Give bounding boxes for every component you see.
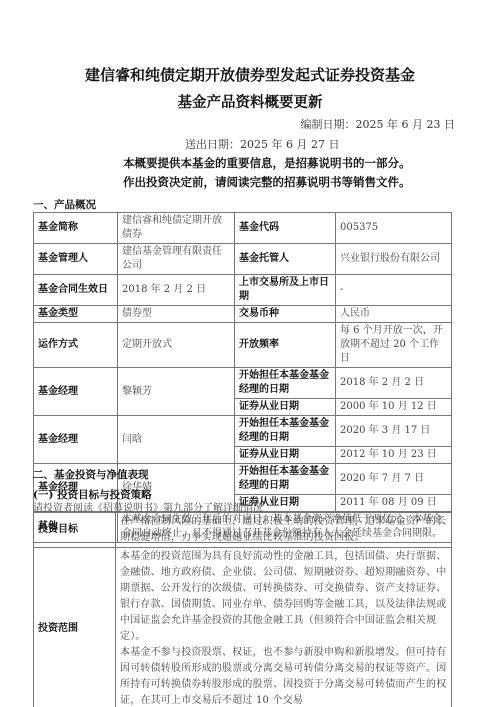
compile-date: 编制日期：2025 年 6 月 23 日 bbox=[301, 116, 455, 132]
value-contract-effective: 2018 年 2 月 2 日 bbox=[118, 275, 235, 306]
value-objective: 在严格控制风险的基础上，通过积极主动的投资管理，追求基金资产的长期稳健增值，力争… bbox=[116, 513, 452, 548]
document-subtitle: 基金产品资料概要更新 bbox=[0, 91, 500, 112]
label-custodian: 基金托管人 bbox=[235, 244, 336, 275]
table-row: 运作方式 定期开放式 开放频率 每 6 个月开放一次，开放期不超过 20 个工作… bbox=[34, 323, 452, 368]
value-open-frequency: 每 6 个月开放一次，开放期不超过 20 个工作日 bbox=[336, 323, 452, 368]
label-manager-1-start: 开始担任本基金基金经理的日期 bbox=[235, 368, 336, 399]
value-manager-3-career: 2011 年 08 月 09 日 bbox=[336, 495, 452, 512]
value-fund-short-name: 建信睿和纯债定期开放债券 bbox=[118, 213, 235, 244]
label-fund-manager-2: 基金经理 bbox=[34, 416, 118, 464]
table-row: 基金管理人 建信基金管理有限责任公司 基金托管人 兴业银行股份有限公司 bbox=[34, 244, 452, 275]
value-currency: 人民币 bbox=[336, 306, 452, 323]
value-manager-1-start: 2018 年 2 月 2 日 bbox=[336, 368, 452, 399]
label-scope: 投资范围 bbox=[34, 548, 116, 707]
label-objective: 投资目标 bbox=[34, 513, 116, 548]
value-manager-2-career: 2012 年 10 月 23 日 bbox=[336, 447, 452, 464]
table-row: 基金经理 闫晗 开始担任本基金基金经理的日期 2020 年 3 月 17 日 bbox=[34, 416, 452, 447]
label-manager-2-start: 开始担任本基金基金经理的日期 bbox=[235, 416, 336, 447]
value-manager-3-start: 2020 年 7 月 7 日 bbox=[336, 464, 452, 495]
label-fund-type: 基金类型 bbox=[34, 306, 118, 323]
investment-strategy-table: 投资目标 在严格控制风险的基础上，通过积极主动的投资管理，追求基金资产的长期稳健… bbox=[33, 512, 452, 707]
value-listing: - bbox=[336, 275, 452, 306]
label-fund-short-name: 基金简称 bbox=[34, 213, 118, 244]
label-manager-2-career: 证券从业日期 bbox=[235, 447, 336, 464]
value-manager-2-start: 2020 年 3 月 17 日 bbox=[336, 416, 452, 447]
value-scope: 本基金的投资范围为具有良好流动性的金融工具，包括国债、央行票据、金融债、地方政府… bbox=[116, 548, 452, 707]
table-row: 基金简称 建信睿和纯债定期开放债券 基金代码 005375 bbox=[34, 213, 452, 244]
document-title: 建信睿和纯债定期开放债券型发起式证券投资基金 bbox=[0, 64, 500, 85]
label-currency: 交易币种 bbox=[235, 306, 336, 323]
table-row: 基金类型 债券型 交易币种 人民币 bbox=[34, 306, 452, 323]
table-row: 投资范围 本基金的投资范围为具有良好流动性的金融工具，包括国债、央行票据、金融债… bbox=[34, 548, 452, 707]
label-contract-effective: 基金合同生效日 bbox=[34, 275, 118, 306]
value-operation: 定期开放式 bbox=[118, 323, 235, 368]
value-fund-code: 005375 bbox=[336, 213, 452, 244]
scope-paragraph-1: 本基金的投资范围为具有良好流动性的金融工具，包括国债、央行票据、金融债、地方政府… bbox=[120, 549, 447, 645]
value-manager-1-career: 2000 年 10 月 12 日 bbox=[336, 399, 452, 416]
table-row: 基金经理 黎颖芳 开始担任本基金基金经理的日期 2018 年 2 月 2 日 bbox=[34, 368, 452, 399]
label-manager-3-start: 开始担任本基金基金经理的日期 bbox=[235, 464, 336, 495]
table-row: 基金合同生效日 2018 年 2 月 2 日 上市交易所及上市日期 - bbox=[34, 275, 452, 306]
label-listing: 上市交易所及上市日期 bbox=[235, 275, 336, 306]
section1-heading: 一、产品概况 bbox=[33, 197, 96, 212]
label-open-frequency: 开放频率 bbox=[235, 323, 336, 368]
value-fund-type: 债券型 bbox=[118, 306, 235, 323]
section2-heading: 二、基金投资与净值表现 bbox=[33, 467, 149, 482]
label-manager-company: 基金管理人 bbox=[34, 244, 118, 275]
scope-paragraph-2: 本基金不参与投资股票、权证，也不参与新股申购和新股增发。但可持有因可转债转股所形… bbox=[120, 645, 447, 707]
label-fund-code: 基金代码 bbox=[235, 213, 336, 244]
value-manager-company: 建信基金管理有限责任公司 bbox=[118, 244, 235, 275]
table-row: 投资目标 在严格控制风险的基础上，通过积极主动的投资管理，追求基金资产的长期稳健… bbox=[34, 513, 452, 548]
label-fund-manager-1: 基金经理 bbox=[34, 368, 118, 416]
send-date: 送出日期：2025 年 6 月 27 日 bbox=[185, 136, 339, 152]
value-custodian: 兴业银行股份有限公司 bbox=[336, 244, 452, 275]
notice-line-2: 作出投资决定前，请阅读完整的招募说明书等销售文件。 bbox=[123, 174, 411, 190]
notice-line-1: 本概要提供本基金的重要信息，是招募说明书的一部分。 bbox=[123, 155, 411, 171]
value-fund-manager-1: 黎颖芳 bbox=[118, 368, 235, 416]
value-fund-manager-2: 闫晗 bbox=[118, 416, 235, 464]
label-operation: 运作方式 bbox=[34, 323, 118, 368]
label-manager-1-career: 证券从业日期 bbox=[235, 399, 336, 416]
